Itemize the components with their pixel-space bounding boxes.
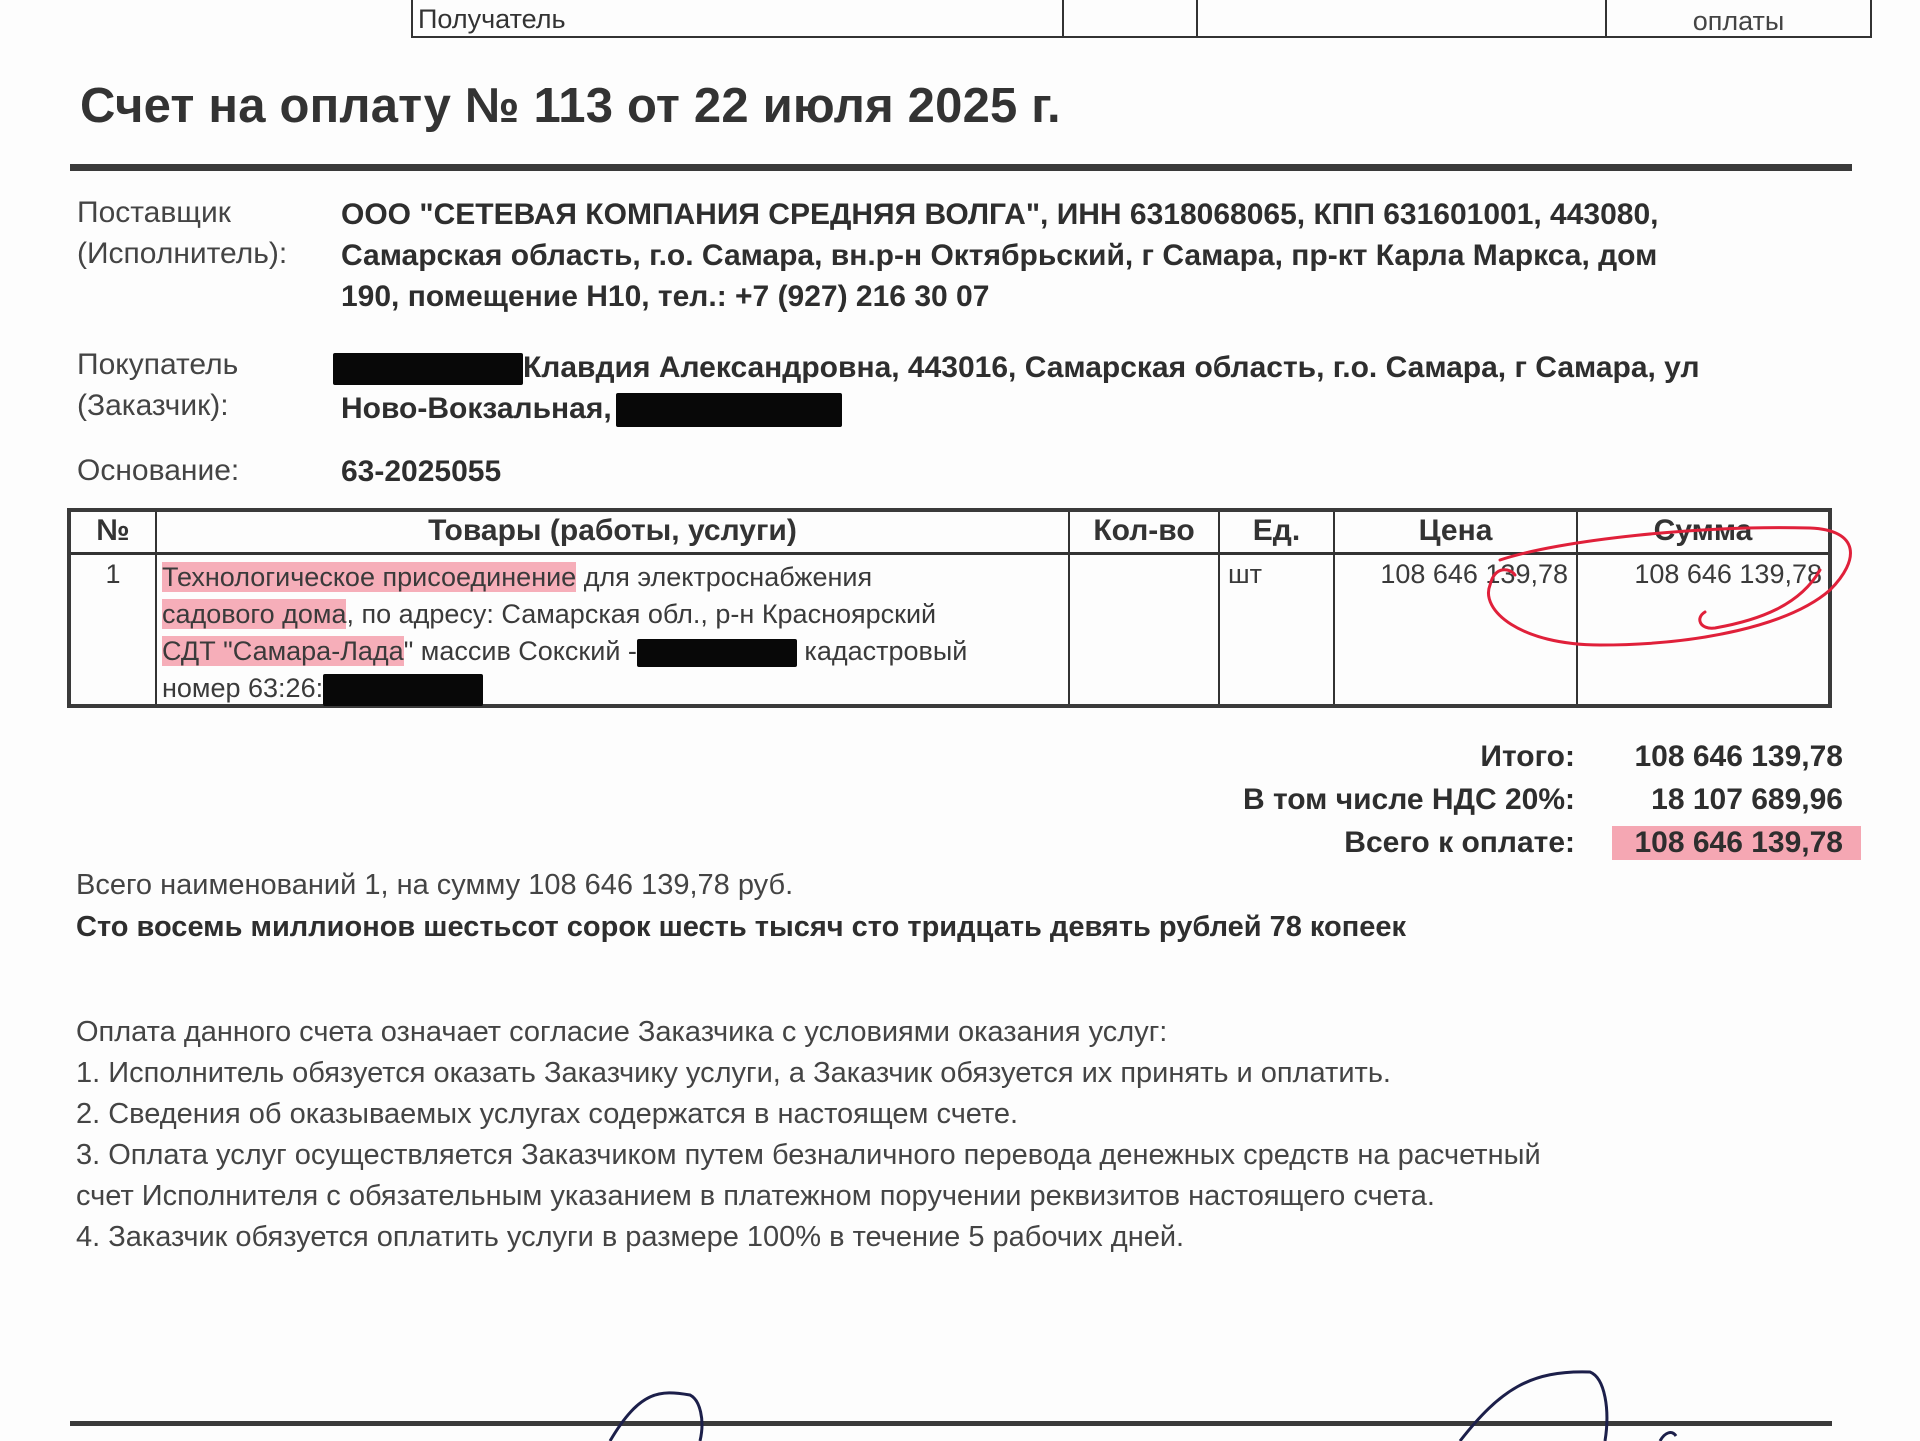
supplier-line: Самарская область, г.о. Самара, вн.р-н О…: [341, 235, 1659, 276]
vat-label: В том числе НДС 20%:: [1243, 783, 1575, 817]
terms-item: 2. Сведения об оказываемых услугах содер…: [76, 1094, 1541, 1135]
row-sum: 108 646 139,78: [1578, 559, 1822, 590]
header-price: Цена: [1335, 514, 1576, 548]
vat-value: 18 107 689,96: [1651, 783, 1843, 817]
row-unit: шт: [1228, 559, 1262, 590]
total-label: Всего к оплате:: [1344, 826, 1575, 860]
buyer-line: Ново-Вокзальная,: [341, 392, 612, 425]
redaction-block: [616, 393, 842, 427]
buyer-line: Клавдия Александровна, 443016, Самарская…: [523, 351, 1700, 384]
basis-value: 63-2025055: [341, 451, 501, 492]
row-num: 1: [71, 559, 155, 590]
payment-terms: Оплата данного счета означает согласие З…: [76, 1012, 1541, 1258]
basis-label: Основание:: [77, 450, 239, 491]
terms-intro: Оплата данного счета означает согласие З…: [76, 1012, 1541, 1053]
terms-item: 4. Заказчик обязуется оплатить услуги в …: [76, 1217, 1541, 1258]
signature-stroke: [1660, 1433, 1676, 1441]
table-divider: [1196, 0, 1198, 36]
items-count-summary: Всего наименований 1, на сумму 108 646 1…: [76, 869, 793, 902]
highlighted-text: садового дома: [162, 599, 346, 629]
supplier-label: Поставщик (Исполнитель):: [77, 192, 287, 274]
total-value: 108 646 139,78: [1612, 826, 1861, 860]
subtotal-label: Итого:: [1480, 740, 1575, 774]
header-num: №: [71, 514, 155, 548]
buyer-label-line2: (Заказчик):: [77, 385, 238, 426]
recipient-label: Получатель: [418, 4, 566, 35]
invoice-title: Счет на оплату № 113 от 22 июля 2025 г.: [80, 78, 1061, 134]
header-sum: Сумма: [1578, 514, 1828, 548]
header-unit: Ед.: [1220, 514, 1333, 548]
buyer-details: Клавдия Александровна, 443016, Самарская…: [333, 347, 1700, 429]
row-price: 108 646 139,78: [1335, 559, 1568, 590]
header-name: Товары (работы, услуги): [157, 514, 1068, 548]
supplier-details: ООО "СЕТЕВАЯ КОМПАНИЯ СРЕДНЯЯ ВОЛГА", ИН…: [341, 194, 1659, 317]
terms-item: 1. Исполнитель обязуется оказать Заказчи…: [76, 1053, 1541, 1094]
buyer-label-line1: Покупатель: [77, 344, 238, 385]
supplier-label-line2: (Исполнитель):: [77, 233, 287, 274]
redaction-block: [323, 674, 483, 706]
signature-stroke: [1460, 1372, 1607, 1441]
items-table: № Товары (работы, услуги) Кол-во Ед. Цен…: [67, 508, 1832, 708]
description-text: номер 63:26:: [162, 673, 323, 703]
header-qty: Кол-во: [1070, 514, 1218, 548]
supplier-line: ООО "СЕТЕВАЯ КОМПАНИЯ СРЕДНЯЯ ВОЛГА", ИН…: [341, 194, 1659, 235]
highlighted-text: Технологическое присоединение: [162, 562, 576, 592]
buyer-label: Покупатель (Заказчик):: [77, 344, 238, 426]
redaction-block: [333, 353, 523, 385]
row-description: Технологическое присоединение для электр…: [162, 559, 1062, 707]
redaction-block: [637, 639, 797, 667]
terms-item: счет Исполнителя с обязательным указание…: [76, 1176, 1541, 1217]
signature-stroke: [610, 1393, 702, 1441]
signature-divider: [70, 1421, 1832, 1426]
header-divider: [71, 552, 1828, 555]
subtotal-value: 108 646 139,78: [1634, 740, 1843, 774]
terms-item: 3. Оплата услуг осуществляется Заказчико…: [76, 1135, 1541, 1176]
description-text: " массив Сокский -: [404, 636, 637, 666]
payment-cell-text: оплаты: [1605, 6, 1872, 37]
supplier-line: 190, помещение Н10, тел.: +7 (927) 216 3…: [341, 276, 1659, 317]
highlighted-text: СДТ "Самара-Лада: [162, 636, 404, 666]
amount-in-words: Сто восемь миллионов шестьсот сорок шест…: [76, 911, 1406, 944]
title-divider: [70, 164, 1852, 171]
supplier-label-line1: Поставщик: [77, 192, 287, 233]
description-text: для электроснабжения: [576, 562, 872, 592]
table-divider: [1062, 0, 1064, 36]
description-text: , по адресу: Самарская обл., р-н Красноя…: [346, 599, 936, 629]
description-text: кадастровый: [797, 636, 967, 666]
